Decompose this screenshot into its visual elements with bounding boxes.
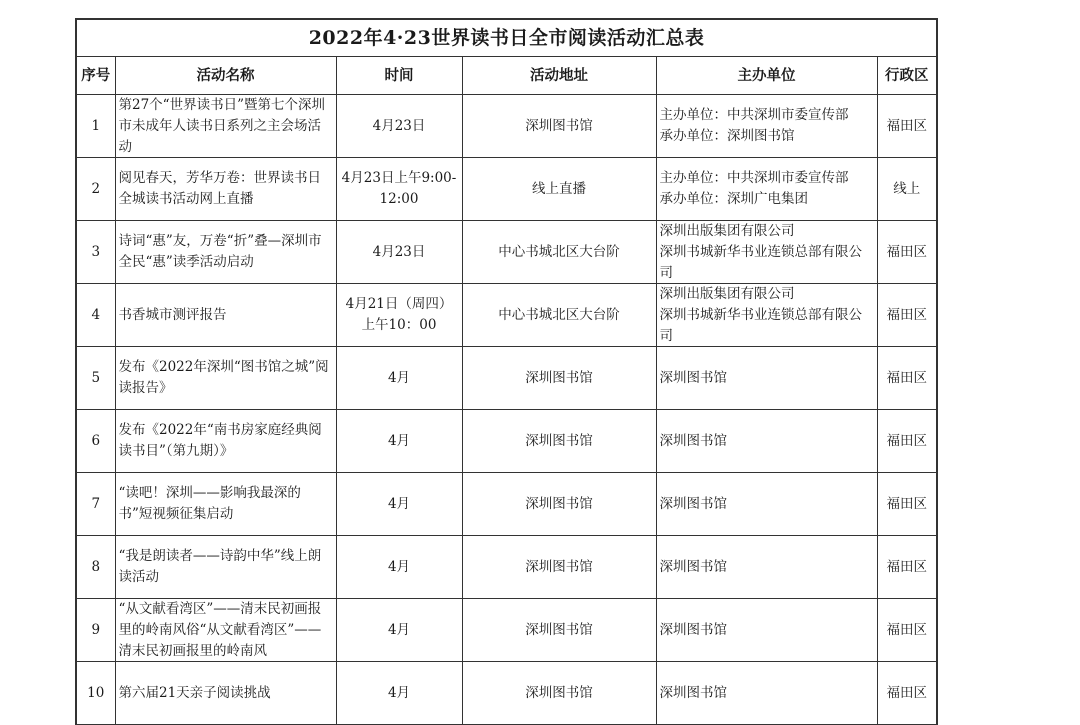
district-cell: 福田区 [877,221,937,284]
district-cell: 福田区 [877,473,937,536]
activity-summary-table: 2022年4·23世界读书日全市阅读活动汇总表 序号 活动名称 时间 活动地址 … [75,18,938,725]
organizer-line: 深圳出版集团有限公司 [660,221,874,242]
row-number-cell: 3 [76,221,115,284]
organizer-line: 承办单位：深圳图书馆 [660,126,874,147]
organizer-cell: 深圳图书馆 [656,473,877,536]
district-cell-text: 福田区 [881,557,934,578]
time-cell-text: 4月23日 [340,116,459,137]
activity-name-cell: 书香城市测评报告 [115,284,336,347]
organizer-cell-text: 深圳图书馆 [660,620,874,641]
district-cell-text: 福田区 [881,620,934,641]
district-cell-text: 线上 [881,179,934,200]
venue-cell: 线上直播 [462,158,656,221]
organizer-cell: 深圳图书馆 [656,662,877,725]
district-cell-text: 福田区 [881,116,934,137]
time-cell: 4月 [336,347,462,410]
table-row: 10第六届21天亲子阅读挑战4月深圳图书馆深圳图书馆福田区 [76,662,937,725]
row-number-cell: 6 [76,410,115,473]
header-venue: 活动地址 [462,57,656,95]
row-number-cell-text: 10 [80,683,112,704]
row-number-cell-text: 4 [80,305,112,326]
organizer-cell-text: 深圳图书馆 [660,494,874,515]
time-cell: 4月 [336,473,462,536]
row-number-cell: 2 [76,158,115,221]
organizer-cell-text: 深圳出版集团有限公司深圳书城新华书业连锁总部有限公司 [660,221,874,283]
organizer-cell-text: 深圳图书馆 [660,368,874,389]
organizer-cell: 深圳出版集团有限公司深圳书城新华书业连锁总部有限公司 [656,284,877,347]
organizer-line: 深圳书城新华书业连锁总部有限公司 [660,305,874,346]
table-row: 6发布《2022年“南书房家庭经典阅读书目”（第九期）》4月深圳图书馆深圳图书馆… [76,410,937,473]
time-cell-text: 4月23日上午9:00-12:00 [340,168,459,210]
title-row: 2022年4·23世界读书日全市阅读活动汇总表 [76,19,937,57]
time-cell-text: 4月 [340,494,459,515]
activity-name-cell: 发布《2022年“南书房家庭经典阅读书目”（第九期）》 [115,410,336,473]
activity-name-cell-text: 阅见春天，芳华万卷：世界读书日全城读书活动网上直播 [119,168,333,210]
organizer-cell: 深圳出版集团有限公司深圳书城新华书业连锁总部有限公司 [656,221,877,284]
row-number-cell-text: 9 [80,620,112,641]
activity-name-cell: 发布《2022年深圳“图书馆之城”阅读报告》 [115,347,336,410]
table-body: 1第27个“世界读书日”暨第七个深圳市未成年人读书日系列之主会场活动4月23日深… [76,95,937,725]
header-organizer: 主办单位 [656,57,877,95]
venue-cell: 深圳图书馆 [462,662,656,725]
venue-cell-text: 深圳图书馆 [466,620,653,641]
time-cell: 4月 [336,662,462,725]
venue-cell: 中心书城北区大台阶 [462,284,656,347]
row-number-cell-text: 6 [80,431,112,452]
activity-name-cell-text: “我是朗读者——诗韵中华”线上朗读活动 [119,546,333,588]
row-number-cell: 5 [76,347,115,410]
row-number-cell-text: 5 [80,368,112,389]
time-cell-text: 4月21日（周四）上午10：00 [340,294,459,336]
activity-name-cell: 第六届21天亲子阅读挑战 [115,662,336,725]
row-number-cell-text: 8 [80,557,112,578]
time-cell: 4月23日 [336,95,462,158]
row-number-cell: 10 [76,662,115,725]
district-cell-text: 福田区 [881,305,934,326]
organizer-line: 深圳图书馆 [660,557,874,578]
time-cell-text: 4月 [340,557,459,578]
organizer-cell: 深圳图书馆 [656,347,877,410]
organizer-line: 深圳出版集团有限公司 [660,284,874,305]
district-cell: 福田区 [877,347,937,410]
time-cell-text: 4月 [340,368,459,389]
table-row: 2阅见春天，芳华万卷：世界读书日全城读书活动网上直播4月23日上午9:00-12… [76,158,937,221]
row-number-cell: 7 [76,473,115,536]
organizer-cell: 深圳图书馆 [656,536,877,599]
organizer-line: 主办单位：中共深圳市委宣传部 [660,105,874,126]
organizer-cell-text: 深圳图书馆 [660,557,874,578]
table-row: 9“从文献看湾区”——清末民初画报里的岭南风俗“从文献看湾区”——清末民初画报里… [76,599,937,662]
venue-cell: 深圳图书馆 [462,347,656,410]
time-cell: 4月23日 [336,221,462,284]
venue-cell-text: 深圳图书馆 [466,116,653,137]
organizer-line: 承办单位：深圳广电集团 [660,189,874,210]
time-cell: 4月23日上午9:00-12:00 [336,158,462,221]
venue-cell-text: 深圳图书馆 [466,683,653,704]
header-time: 时间 [336,57,462,95]
row-number-cell-text: 7 [80,494,112,515]
district-cell: 福田区 [877,284,937,347]
district-cell-text: 福田区 [881,242,934,263]
venue-cell-text: 中心书城北区大台阶 [466,305,653,326]
organizer-cell-text: 深圳图书馆 [660,683,874,704]
district-cell-text: 福田区 [881,494,934,515]
venue-cell-text: 深圳图书馆 [466,557,653,578]
table-row: 4书香城市测评报告4月21日（周四）上午10：00中心书城北区大台阶深圳出版集团… [76,284,937,347]
district-cell-text: 福田区 [881,431,934,452]
activity-name-cell: “读吧！深圳——影响我最深的书”短视频征集启动 [115,473,336,536]
table-row: 8“我是朗读者——诗韵中华”线上朗读活动4月深圳图书馆深圳图书馆福田区 [76,536,937,599]
row-number-cell-text: 2 [80,179,112,200]
organizer-line: 深圳书城新华书业连锁总部有限公司 [660,242,874,283]
activity-name-cell-text: 第27个“世界读书日”暨第七个深圳市未成年人读书日系列之主会场活动 [119,95,333,157]
venue-cell-text: 深圳图书馆 [466,494,653,515]
activity-name-cell-text: 第六届21天亲子阅读挑战 [119,683,333,704]
activity-name-cell-text: 诗词“惠”友，万卷“折”叠—深圳市全民“惠”读季活动启动 [119,231,333,273]
venue-cell-text: 中心书城北区大台阶 [466,242,653,263]
organizer-cell: 深圳图书馆 [656,599,877,662]
row-number-cell: 9 [76,599,115,662]
district-cell: 福田区 [877,662,937,725]
time-cell: 4月 [336,410,462,473]
venue-cell: 中心书城北区大台阶 [462,221,656,284]
time-cell-text: 4月 [340,620,459,641]
time-cell-text: 4月 [340,683,459,704]
row-number-cell: 8 [76,536,115,599]
district-cell-text: 福田区 [881,683,934,704]
activity-name-cell: “从文献看湾区”——清末民初画报里的岭南风俗“从文献看湾区”——清末民初画报里的… [115,599,336,662]
venue-cell: 深圳图书馆 [462,599,656,662]
organizer-cell-text: 主办单位：中共深圳市委宣传部承办单位：深圳图书馆 [660,105,874,147]
activity-name-cell-text: “从文献看湾区”——清末民初画报里的岭南风俗“从文献看湾区”——清末民初画报里的… [119,599,333,661]
venue-cell-text: 深圳图书馆 [466,431,653,452]
time-cell: 4月 [336,536,462,599]
row-number-cell: 1 [76,95,115,158]
organizer-cell-text: 深圳出版集团有限公司深圳书城新华书业连锁总部有限公司 [660,284,874,346]
activity-name-cell-text: “读吧！深圳——影响我最深的书”短视频征集启动 [119,483,333,525]
header-district: 行政区 [877,57,937,95]
table-row: 7“读吧！深圳——影响我最深的书”短视频征集启动4月深圳图书馆深圳图书馆福田区 [76,473,937,536]
organizer-cell: 深圳图书馆 [656,410,877,473]
organizer-cell-text: 主办单位：中共深圳市委宣传部承办单位：深圳广电集团 [660,168,874,210]
activity-name-cell: “我是朗读者——诗韵中华”线上朗读活动 [115,536,336,599]
venue-cell-text: 线上直播 [466,179,653,200]
row-number-cell-text: 1 [80,116,112,137]
district-cell: 福田区 [877,410,937,473]
time-cell: 4月21日（周四）上午10：00 [336,284,462,347]
venue-cell: 深圳图书馆 [462,95,656,158]
table-row: 5发布《2022年深圳“图书馆之城”阅读报告》4月深圳图书馆深圳图书馆福田区 [76,347,937,410]
organizer-cell: 主办单位：中共深圳市委宣传部承办单位：深圳图书馆 [656,95,877,158]
district-cell-text: 福田区 [881,368,934,389]
venue-cell: 深圳图书馆 [462,536,656,599]
header-no: 序号 [76,57,115,95]
header-row: 序号 活动名称 时间 活动地址 主办单位 行政区 [76,57,937,95]
time-cell-text: 4月 [340,431,459,452]
venue-cell-text: 深圳图书馆 [466,368,653,389]
table-title: 2022年4·23世界读书日全市阅读活动汇总表 [76,19,937,57]
district-cell: 福田区 [877,599,937,662]
organizer-cell: 主办单位：中共深圳市委宣传部承办单位：深圳广电集团 [656,158,877,221]
district-cell: 福田区 [877,95,937,158]
organizer-line: 深圳图书馆 [660,620,874,641]
venue-cell: 深圳图书馆 [462,410,656,473]
time-cell: 4月 [336,599,462,662]
activity-name-cell: 诗词“惠”友，万卷“折”叠—深圳市全民“惠”读季活动启动 [115,221,336,284]
organizer-line: 深圳图书馆 [660,431,874,452]
organizer-line: 深圳图书馆 [660,683,874,704]
district-cell: 福田区 [877,536,937,599]
activity-name-cell-text: 发布《2022年“南书房家庭经典阅读书目”（第九期）》 [119,420,333,462]
venue-cell: 深圳图书馆 [462,473,656,536]
table-row: 1第27个“世界读书日”暨第七个深圳市未成年人读书日系列之主会场活动4月23日深… [76,95,937,158]
organizer-cell-text: 深圳图书馆 [660,431,874,452]
time-cell-text: 4月23日 [340,242,459,263]
row-number-cell-text: 3 [80,242,112,263]
organizer-line: 深圳图书馆 [660,368,874,389]
activity-name-cell: 阅见春天，芳华万卷：世界读书日全城读书活动网上直播 [115,158,336,221]
district-cell: 线上 [877,158,937,221]
activity-name-cell-text: 发布《2022年深圳“图书馆之城”阅读报告》 [119,357,333,399]
summary-sheet: 2022年4·23世界读书日全市阅读活动汇总表 序号 活动名称 时间 活动地址 … [75,18,936,725]
table-row: 3诗词“惠”友，万卷“折”叠—深圳市全民“惠”读季活动启动4月23日中心书城北区… [76,221,937,284]
organizer-line: 主办单位：中共深圳市委宣传部 [660,168,874,189]
activity-name-cell-text: 书香城市测评报告 [119,305,333,326]
organizer-line: 深圳图书馆 [660,494,874,515]
header-activity-name: 活动名称 [115,57,336,95]
row-number-cell: 4 [76,284,115,347]
activity-name-cell: 第27个“世界读书日”暨第七个深圳市未成年人读书日系列之主会场活动 [115,95,336,158]
